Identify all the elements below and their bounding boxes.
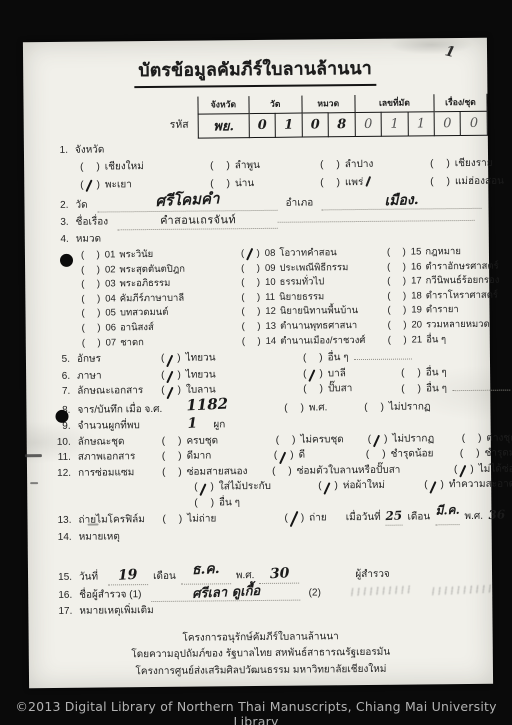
checkbox: ( ): [387, 305, 407, 316]
option-number: 02: [105, 264, 116, 275]
check-mark: [459, 465, 466, 478]
checkbox: ( ): [303, 352, 324, 366]
option-number: 08: [265, 248, 276, 259]
option-label: ตำราอักษรศาสตร์: [425, 260, 498, 272]
field-number: 14.: [56, 530, 72, 544]
option-label: พะเยา: [105, 179, 132, 190]
field-bundle-count: 9. จำนวนผูกที่พบ 1 ผูก: [55, 415, 491, 434]
checkbox-option: ( )ชำรุดน้อย: [366, 447, 446, 461]
code-column-header: เรื่อง/ชุด: [434, 94, 487, 112]
checkbox-option: ( )อื่น ๆ: [303, 350, 412, 366]
option-label: ไม่ครบชุด: [300, 434, 343, 445]
option-label: แม่ฮ่องสอน: [455, 175, 504, 186]
checkbox: ( ): [460, 447, 481, 461]
field-number: 15.: [56, 571, 72, 585]
option-label: อื่น ๆ: [426, 383, 447, 394]
checkbox: ( ): [210, 178, 231, 189]
checkbox-option: ( )ชำรุดมาก: [460, 447, 512, 461]
checkbox-option: ( )15กฎหมาย: [387, 244, 499, 260]
checkbox: ( ): [388, 320, 408, 331]
option-number: 07: [106, 337, 117, 348]
repair-options-line2: ( )ใส่ไม้ประกับ( )ห่อผ้าใหม่( )ทำความสะอ…: [194, 478, 512, 495]
option-label: นิยายธรรม: [279, 291, 324, 302]
option-label: พระวินัย: [119, 249, 153, 260]
checkbox: ( ): [210, 160, 231, 171]
option-label: ซ่อมตัวใบลานหรือปั๊บสา: [297, 464, 401, 476]
field-number: 10.: [55, 435, 71, 449]
field-number: 4.: [53, 232, 69, 246]
code-cell: 0: [249, 113, 276, 137]
checkbox: ( ): [366, 448, 387, 462]
era-options: ( )พ.ศ.( )ไม่ปรากฏ: [284, 400, 445, 415]
code-cell: 8: [328, 113, 355, 137]
checkbox: ( ): [387, 247, 407, 258]
checkbox-option: ( )ลำปาง: [320, 156, 416, 172]
option-number: 01: [105, 249, 116, 260]
handwritten-survey-year: 30: [269, 568, 289, 582]
checkbox-option: ( )ซ่อมสายสนอง: [162, 465, 258, 479]
option-label: กฎหมาย: [425, 246, 461, 257]
checkbox-option: ( )04คัมภีร์ภาษาบาลี: [81, 290, 227, 306]
handwritten-microfilm-year: 36: [488, 509, 505, 523]
field-number: 16.: [56, 588, 72, 602]
field-number: 17.: [56, 605, 72, 619]
checkbox-option: ( )08โอวาทคำสอน: [241, 245, 373, 261]
checkbox: ( ): [387, 261, 407, 272]
option-label: ชาดก: [120, 337, 144, 348]
check-mark: [166, 354, 173, 367]
option-label: น่าน: [235, 178, 254, 189]
checkbox-option: ( )เชียงใหม่: [80, 158, 196, 174]
checkbox-option: ( )ไทยวน: [161, 351, 289, 367]
checkbox: ( ): [318, 479, 339, 493]
check-mark: [373, 435, 380, 448]
field-repair-line3: ( )อื่น ๆ: [55, 493, 491, 511]
checkbox: ( ): [82, 322, 102, 333]
checkbox-option: ( )16ตำราอักษรศาสตร์: [387, 258, 499, 274]
checkbox-option: ( )น่าน: [210, 175, 306, 191]
checkbox-option: ( )21อื่น ๆ: [388, 331, 500, 347]
checkbox: ( ): [284, 512, 305, 526]
field-label: จำนวนผูกที่พบ: [78, 419, 152, 433]
field-label: สภาพเอกสาร: [78, 450, 152, 464]
checkbox-option: ( )ห่อผ้าใหม่: [318, 479, 410, 493]
checkbox-option: ( )17กวีนิพนธ์ร้อยกรอง: [387, 273, 499, 289]
surveyor-label: ผู้สำรวจ: [355, 568, 390, 582]
checkbox-option: ( )12นิยายนิทานพื้นบ้าน: [241, 303, 373, 319]
microfilm-date-label: เมื่อวันที่: [346, 511, 381, 525]
option-label: อานิสงส์: [120, 322, 154, 333]
option-label: ลำปาง: [345, 158, 374, 169]
checkbox: ( ): [401, 366, 422, 380]
field-label: ภาษา: [77, 369, 151, 383]
checkbox-option: ( )ถ่าย: [284, 512, 326, 526]
checkbox-option: ( )ไม่ปรากฏ: [364, 400, 431, 414]
checkbox-option: ( )13ตำนานพุทธศาสนา: [242, 318, 374, 334]
checkbox: ( ): [80, 179, 101, 190]
script-options: ( )ไทยวน( )อื่น ๆ: [161, 350, 426, 367]
option-number: 14: [266, 335, 277, 346]
field-label: จังหวัด: [75, 143, 105, 157]
field-label: จาร/บันทึก เมื่อ จ.ศ.: [77, 403, 162, 417]
code-cell: 0: [434, 112, 461, 136]
option-number: 03: [105, 279, 116, 290]
handwritten-district-name: เมือง.: [384, 193, 419, 208]
checkbox-option: ( )20รวมหลายหมวด: [388, 317, 500, 333]
field-extra-remarks: 17. หมายเหตุเพิ่มเติม: [56, 601, 492, 619]
option-label: บาลี: [328, 368, 346, 379]
checkbox-option: ( )19ตำรายา: [387, 302, 499, 318]
checkbox: ( ): [272, 464, 293, 478]
checkbox: ( ): [364, 400, 385, 414]
option-label: กวีนิพนธ์ร้อยกรอง: [426, 275, 500, 287]
checkbox-option: ( )ไม่ถ่าย: [162, 512, 270, 527]
option-number: 21: [412, 334, 423, 345]
checkbox-option: ( )07ชาดก: [82, 334, 228, 350]
checkbox: ( ): [242, 321, 262, 332]
field-label: หมายเหตุเพิ่มเติม: [79, 604, 153, 618]
checkbox-option: ( )14ตำนานเมือง/ราชวงศ์: [242, 332, 374, 348]
option-label: พระสุตตันตปิฎก: [119, 263, 185, 275]
checkbox-option: ( )อื่น ๆ: [401, 381, 510, 397]
field-label: อักษร: [77, 352, 151, 366]
option-label: พ.ศ.: [309, 402, 328, 413]
check-mark: [166, 386, 173, 399]
checkbox-option: ( )06อานิสงส์: [82, 319, 228, 335]
language-options: ( )ไทยวน( )บาลี( )อื่น ๆ: [161, 366, 461, 382]
option-label: คัมภีร์ภาษาบาลี: [120, 292, 184, 304]
handwritten-survey-day: 19: [118, 569, 138, 583]
checkbox-option: ( )ลำพูน: [210, 157, 306, 173]
checkbox-option: ( )ปั๊บสา: [303, 382, 387, 397]
option-label: ไทยวน: [186, 369, 216, 380]
ruled-line: [278, 211, 475, 223]
check-mark: [85, 179, 92, 192]
check-mark: [199, 483, 206, 496]
field-remarks: 14. หมายเหตุ: [56, 526, 492, 544]
checkbox-option: ( )อื่น ๆ: [194, 496, 240, 510]
code-cell: 1: [275, 113, 302, 137]
field-condition: 11. สภาพเอกสาร ( )ดีมาก( )ดี( )ชำรุดน้อย…: [55, 447, 491, 465]
era-label: พ.ศ.: [236, 569, 255, 583]
checkbox: ( ): [454, 463, 475, 477]
code-column-header: เลขที่มัด: [355, 94, 434, 112]
field-number: 2.: [52, 198, 68, 212]
ruled-line: [452, 381, 510, 392]
option-label: ไม่ถ่าย: [187, 514, 216, 525]
option-number: 19: [411, 305, 422, 316]
code-table-block: รหัส จังหวัดวัดหมวดเลขที่มัดเรื่อง/ชุดพย…: [169, 94, 487, 139]
option-label: โอวาทคำสอน: [279, 247, 337, 259]
field-number: 7.: [54, 385, 70, 399]
checkbox: ( ): [161, 352, 182, 366]
checkbox: ( ): [303, 383, 324, 397]
checkbox-option: ( )บาลี: [303, 366, 387, 380]
checkbox: ( ): [430, 176, 451, 187]
option-label: ธรรมทั่วไป: [280, 277, 325, 288]
checkbox-option: ( )เชียงราย: [430, 155, 504, 171]
field-province: 1. จังหวัด: [52, 140, 488, 158]
month-label: เดือน: [407, 511, 430, 525]
option-number: 12: [265, 306, 276, 317]
option-label: แพร่: [345, 176, 364, 187]
option-label: บทสวดมนต์: [120, 307, 169, 318]
field-category: 4. หมวด: [53, 228, 489, 246]
code-cell: 1: [408, 112, 435, 136]
checkbox-option: ( )05บทสวดมนต์: [81, 305, 227, 321]
option-label: ดีมาก: [187, 451, 212, 462]
checkbox: ( ): [241, 306, 261, 317]
manuscript-catalog-card: 1 บัตรข้อมูลคัมภีร์ใบลานล้านนา รหัส จังห…: [23, 38, 493, 688]
handwritten-year-cs: 1182: [186, 397, 228, 412]
option-label: ลำพูน: [235, 159, 260, 170]
checkbox: ( ): [242, 336, 262, 347]
option-number: 13: [265, 321, 276, 332]
field-label: หมวด: [76, 232, 101, 246]
condition-options: ( )ดีมาก( )ดี( )ชำรุดน้อย( )ชำรุดมาก: [162, 446, 512, 463]
checkbox-option: ( )01พระวินัย: [81, 246, 227, 262]
copyright-bar: ©2013 Digital Library of Northern Thai M…: [0, 699, 512, 717]
code-cell: 0: [461, 111, 488, 135]
code-cell: 0: [302, 113, 329, 137]
stray-pen-mark: [365, 175, 371, 186]
option-number: 15: [411, 246, 422, 257]
checkbox: ( ): [401, 383, 422, 397]
form-title: บัตรข้อมูลคัมภีร์ใบลานล้านนา: [134, 54, 376, 88]
checkbox: ( ): [241, 292, 261, 303]
district-label: อำเภอ: [286, 196, 314, 210]
field-number: 6.: [54, 369, 70, 383]
option-label: ประเพณีพิธีกรรม: [279, 262, 348, 274]
option-label: รวมหลายหมวด: [426, 319, 490, 331]
punch-hole: [60, 254, 73, 267]
checkbox-option: ( )แพร่: [320, 174, 416, 190]
scan-edge-mark: [30, 482, 38, 484]
project-footer: โครงการอนุรักษ์คัมภีร์ใบลานล้านนา โดยควา…: [29, 627, 493, 681]
checkbox-option: ( )พะเยา: [80, 176, 196, 192]
checkbox-option: ( )10ธรรมทั่วไป: [241, 274, 373, 290]
handwritten-microfilm-day: 25: [385, 509, 402, 523]
checkbox: ( ): [194, 496, 215, 510]
checkbox: ( ): [81, 250, 101, 261]
option-number: 05: [105, 308, 116, 319]
field-document-type: 7. ลักษณะเอกสาร ( )ใบลาน( )ปั๊บสา( )อื่น…: [54, 381, 490, 400]
checkbox-option: ( )อื่น ๆ: [401, 366, 447, 380]
field-date-inscribed: 8. จาร/บันทึก เมื่อ จ.ศ. 1182 ( )พ.ศ.( )…: [54, 397, 490, 417]
check-mark: [429, 481, 436, 494]
checkbox: ( ): [81, 264, 101, 275]
checkbox: ( ): [82, 337, 102, 348]
option-number: 16: [411, 261, 422, 272]
field-label: วันที่: [79, 571, 98, 585]
option-label: ตำนานพุทธศาสนา: [280, 320, 357, 332]
field-language: 6. ภาษา ( )ไทยวน( )บาลี( )อื่น ๆ: [54, 365, 490, 383]
checkbox: ( ): [162, 434, 183, 448]
option-label: พระอภิธรรม: [120, 278, 171, 289]
handwritten-surveyor-1: ศรีเลา ดูเกื้อ: [192, 584, 261, 601]
option-label: ใส่ไม้ประกับ: [219, 481, 271, 492]
checkbox: ( ): [241, 277, 261, 288]
option-label: ทำความสะอาด: [449, 479, 512, 491]
field-script: 5. อักษร ( )ไทยวน( )อื่น ๆ: [54, 349, 490, 368]
checkbox: ( ): [388, 334, 408, 345]
checkbox-option: ( )ดีมาก: [162, 449, 260, 463]
checkbox: ( ): [162, 450, 183, 464]
option-label: นิยายนิทานพื้นบ้าน: [280, 305, 358, 317]
option-label: ใบลาน: [186, 385, 216, 396]
checkbox: ( ): [161, 384, 182, 398]
checkbox-option: ( )ไม่ปรากฏ: [368, 432, 448, 446]
field-number: 3.: [53, 216, 69, 230]
option-number: 17: [411, 276, 422, 287]
checkbox-option: ( )02พระสุตตันตปิฎก: [81, 261, 227, 277]
option-number: 04: [105, 293, 116, 304]
checkbox: ( ): [162, 513, 183, 527]
bundle-unit-label: ผูก: [213, 418, 225, 432]
month-label: เดือน: [153, 570, 176, 584]
field-label: ลักษณะชุด: [78, 435, 152, 449]
check-mark: [290, 511, 299, 527]
checkbox-option: ( )ใส่ไม้ประกับ: [194, 480, 304, 495]
option-number: 10: [265, 277, 276, 288]
province-options: ( )เชียงใหม่( )ลำพูน( )ลำปาง( )เชียงราย(…: [80, 155, 488, 192]
option-label: อื่น ๆ: [219, 497, 240, 508]
surveyor-2-label: (2): [309, 586, 321, 600]
option-label: ไทยวน: [186, 353, 216, 364]
option-label: ชำรุดมาก: [484, 448, 512, 459]
field-label: ลักษณะเอกสาร: [77, 384, 151, 398]
field-number: 11.: [55, 451, 71, 465]
checkbox: ( ): [81, 308, 101, 319]
field-label: วัด: [75, 198, 87, 212]
scan-edge-mark: [25, 454, 42, 457]
category-options: ( )01พระวินัย( )02พระสุตตันตปิฎก( )03พระ…: [81, 244, 490, 350]
checkbox-option: ( )ครบชุด: [162, 434, 262, 448]
checkbox: ( ): [424, 478, 445, 492]
corner-annotation: 1: [444, 43, 457, 61]
handwritten-survey-month: ธ.ค.: [192, 563, 220, 578]
field-number: 13.: [55, 514, 71, 528]
checkbox: ( ): [162, 465, 183, 479]
code-column-header: วัด: [249, 96, 302, 114]
field-label: ถ่ายไมโครฟิล์ม: [78, 513, 152, 527]
option-label: อื่น ๆ: [328, 352, 349, 363]
field-repair-line2: ( )ใส่ไม้ประกับ( )ห่อผ้าใหม่( )ทำความสะอ…: [55, 478, 491, 496]
field-label: การซ่อมแซม: [78, 466, 152, 480]
checkbox-option: ( )09ประเพณีพิธีกรรม: [241, 259, 373, 275]
checkbox-option: ( )ต่างชุด: [462, 431, 512, 445]
checkbox: ( ): [276, 433, 297, 447]
set-options: ( )ครบชุด( )ไม่ครบชุด( )ไม่ปรากฏ( )ต่างช…: [162, 431, 512, 448]
code-table: จังหวัดวัดหมวดเลขที่มัดเรื่อง/ชุดพย.0108…: [197, 94, 487, 139]
check-mark: [308, 369, 315, 382]
check-mark: [246, 248, 253, 261]
checkbox-option: ( )03พระอภิธรรม: [81, 275, 227, 291]
option-label: ดี: [299, 450, 306, 461]
option-label: ห่อผ้าใหม่: [343, 480, 385, 491]
checkbox: ( ): [161, 368, 182, 382]
typed-story-title: คำสอนเถรจันท์: [160, 214, 236, 227]
option-label: ไม่ปรากฏ: [389, 401, 431, 412]
code-column-header: หมวด: [302, 95, 355, 113]
checkbox-option: ( )ดี: [274, 448, 352, 462]
checkbox-option: ( )แม่ฮ่องสอน: [430, 173, 504, 189]
microfilm-options: ( )ไม่ถ่าย( )ถ่าย: [162, 511, 340, 526]
faint-pencil-marks: [428, 584, 492, 595]
code-cell: 1: [381, 112, 408, 136]
option-label: ไม่ปรากฏ: [392, 433, 434, 444]
checkbox: ( ): [80, 161, 101, 172]
repair-options-line1: ( )ซ่อมสายสนอง( )ซ่อมตัวใบลานหรือปั๊บสา(…: [162, 462, 512, 479]
field-label: ชื่อผู้สำรวจ (1): [79, 588, 141, 602]
field-number: 12.: [55, 466, 71, 480]
handwritten-temple-name: ศรีโคมคำ: [155, 192, 220, 208]
check-mark: [279, 451, 286, 464]
era-label: พ.ศ.: [464, 510, 483, 524]
field-story-title: 3. ชื่อเรื่อง คำสอนเถรจันท์: [53, 211, 489, 231]
field-survey-date: 15. วันที่ 19 เดือน ธ.ค. พ.ศ. 30 ผู้สำรว…: [56, 566, 492, 586]
option-label: ตำนานเมือง/ราชวงศ์: [280, 335, 365, 347]
handwritten-bundle-count: 1: [187, 418, 197, 432]
checkbox: ( ): [194, 481, 215, 495]
checkbox: ( ): [81, 279, 101, 290]
repair-options-line3: ( )อื่น ๆ: [194, 496, 254, 510]
field-repair: 12. การซ่อมแซม ( )ซ่อมสายสนอง( )ซ่อมตัวใ…: [55, 462, 491, 480]
ruled-line: [354, 350, 412, 361]
checkbox-option: ( )พ.ศ.: [284, 401, 350, 415]
code-cell: 0: [355, 112, 382, 136]
option-label: เชียงราย: [455, 157, 493, 168]
checkbox: ( ): [81, 293, 101, 304]
field-microfilm: 13. ถ่ายไมโครฟิล์ม ( )ไม่ถ่าย( )ถ่าย เมื…: [55, 509, 491, 529]
scan-edge-mark: [88, 524, 99, 526]
checkbox: ( ): [430, 158, 451, 169]
checkbox: ( ): [462, 432, 483, 446]
checkbox: ( ): [303, 367, 324, 381]
checkbox: ( ): [387, 290, 407, 301]
checkbox: ( ): [387, 276, 407, 287]
field-set-completeness: 10. ลักษณะชุด ( )ครบชุด( )ไม่ครบชุด( )ไม…: [55, 431, 491, 449]
option-label: ต่างชุด: [486, 432, 512, 443]
checkbox-option: ( )ไม่ได้ซ่อม: [454, 462, 512, 476]
check-mark: [323, 482, 330, 495]
checkbox: ( ): [320, 177, 341, 188]
checkbox-option: ( )ซ่อมตัวใบลานหรือปั๊บสา: [272, 463, 440, 478]
checkbox-option: ( )11นิยายธรรม: [241, 289, 373, 305]
checkbox-option: ( )ทำความสะอาด: [424, 478, 512, 492]
checkbox-option: ( )ไม่ครบชุด: [276, 433, 354, 447]
option-label: ตำรายา: [426, 304, 459, 315]
checkbox: ( ): [241, 263, 261, 274]
project-org-line: โครงการศูนย์ส่งเสริมศิลปวัฒนธรรม มหาวิทย…: [29, 660, 493, 681]
checkbox-option: ( )ไทยวน: [161, 367, 289, 382]
checkbox-option: ( )18ตำราโหราศาสตร์: [387, 287, 499, 303]
check-mark: [166, 371, 173, 384]
option-label: อื่น ๆ: [426, 367, 447, 378]
option-label: อื่น ๆ: [426, 334, 446, 345]
option-number: 11: [265, 292, 275, 303]
punch-hole: [55, 410, 68, 423]
option-label: ปั๊บสา: [328, 383, 353, 394]
option-number: 20: [411, 319, 422, 330]
code-cell: พย.: [198, 114, 249, 138]
field-label: หมายเหตุ: [79, 530, 120, 544]
checkbox: ( ): [274, 449, 295, 463]
option-number: 06: [105, 322, 116, 333]
field-temple: 2. วัด ศรีโคมคำ อำเภอ เมือง.: [52, 192, 488, 213]
option-label: ไม่ได้ซ่อม: [479, 463, 512, 474]
option-label: ซ่อมสายสนอง: [187, 466, 248, 478]
